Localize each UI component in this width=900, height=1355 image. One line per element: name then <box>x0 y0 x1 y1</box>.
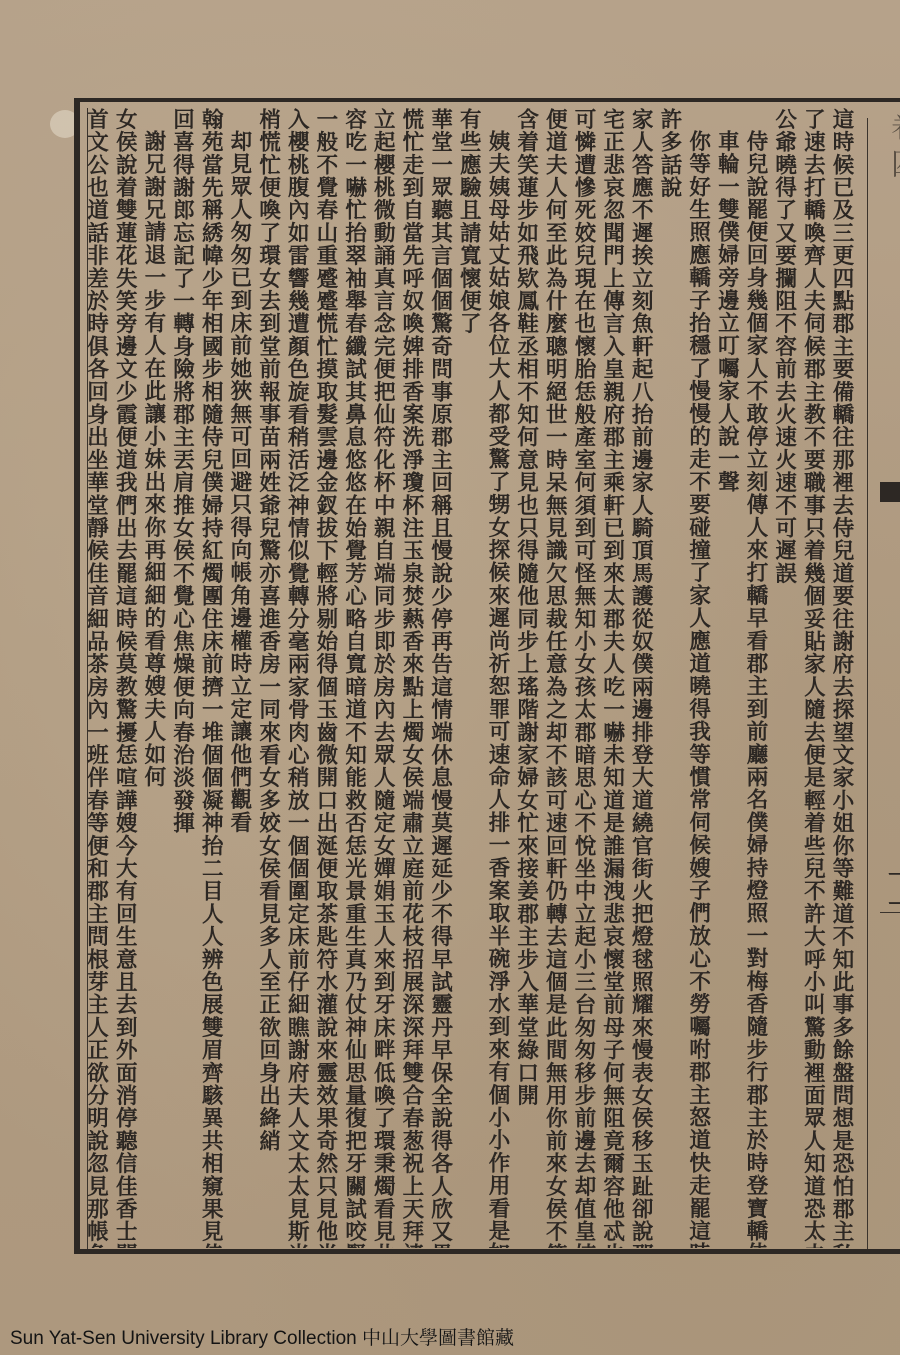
text-body: 這時候已及三更四點郡主要備轎往那裡去侍兒道要往謝府去探望文家小姐你等難道不知此事… <box>86 108 860 1248</box>
fish-tail-mark <box>880 482 900 502</box>
text-column: 有些應驗且請寬懷便了 <box>459 108 488 1248</box>
text-column: 華堂一眾聽其言個個驚奇問事原郡主回稱且慢說少停再告這情端休息慢莫遲延少不得早試靈… <box>430 108 459 1248</box>
text-column: 首文公也道話非差於時俱各回身出坐華堂靜候佳音細品茶房內一班伴春等便和郡主問根芽主… <box>86 108 115 1248</box>
scanned-page: 卷四 十一 這時候已及三更四點郡主要備轎往那裡去侍兒道要往謝府去探望文家小姐你等… <box>0 0 900 1355</box>
text-column: 宅正悲哀忽聞門上傳言入皇親府郡主乘軒已到來太郡夫人吃一嚇未知道是誰漏洩悲哀懷堂前… <box>602 108 631 1248</box>
banxin-divider <box>880 912 900 913</box>
text-column: 了速去打轎喚齊人夫伺候郡主教不要職事只着幾個妥貼家人隨去便是輕着些兒不許大呼小叫… <box>803 108 832 1248</box>
text-column: 公爺曉得了又要攔阻不容前去火速火速不可遲誤 <box>774 108 803 1248</box>
text-column: 車輪一雙僕婦旁邊立叮囑家人說一聲 <box>717 108 746 1248</box>
text-column: 却見眾人匆匆已到床前她狹無可回避只得向帳角邊權時立定讓他們觀看 <box>229 108 258 1248</box>
text-column: 容吃一嚇忙抬翠袖舉春纖試其鼻息悠悠在始覺芳心略自寬暗道不知能救否恁光景重生真乃仗… <box>344 108 373 1248</box>
text-column: 女侯說着雙蓮花失笑旁邊文少霞便道我們出去罷這時候莫教驚擾恁喧譁嫂今大有回生意且去… <box>115 108 144 1248</box>
text-column: 可憐遭慘死姣兒現在也懷胎恁般產室何須到可怪無知小女孩太郡暗思心不悅坐中立起小三台… <box>573 108 602 1248</box>
text-column: 立起櫻桃微動誦真言念完便把仙符化杯中親自端同步即於房內去眾人隨定女嬋娟玉人來到牙… <box>373 108 402 1248</box>
text-column: 含着笑蓮步如飛欵鳳鞋丞相不知何意見也只得隨他同步上瑤階謝家婦女忙來接姜郡主步入華… <box>516 108 545 1248</box>
text-column: 慌忙走到自當先呼奴喚婢排香案洗淨瓊杯注玉泉焚爇香來點上燭女侯端肅立庭前花枝招展深… <box>401 108 430 1248</box>
page-number: 十一 <box>880 862 900 918</box>
text-column: 一般不覺春山重蹙蹙慌忙摸取髮雲邊金釵拔下輕將剔始得個玉齒微開口出涎便取茶匙符水灌… <box>315 108 344 1248</box>
text-column: 入櫻桃腹內如雷響幾遭顏色旋看稍活泛神情似覺轉分毫兩家骨肉心稍放一個個圍定床前仔細… <box>287 108 316 1248</box>
text-column: 梢慌忙便喚了環女去到堂前報事苗兩姓爺兒驚亦喜進香房一同來看女多姣女侯看見多人至正… <box>258 108 287 1248</box>
text-column: 翰苑當先稱綉幃少年相國步相隨侍兒僕婦持紅燭團住床前擠一堆個個凝神抬二目人人辨色展… <box>201 108 230 1248</box>
banxin-column: 卷四 十一 <box>880 102 900 1249</box>
text-column: 侍兒說罷便回身幾個家人不敢停立刻傳人來打轎早看郡主到前廳兩名僕婦持燈照一對梅香隨… <box>745 108 774 1248</box>
text-column: 謝兄謝兄請退一步有人在此讓小妹出來你再細細的看尊嫂夫人如何 <box>143 108 172 1248</box>
banxin-title: 卷四 <box>880 112 900 184</box>
banxin-rule-line <box>867 118 868 1249</box>
text-column: 回喜得謝郎忘記了一轉身險將郡主丟肩推女侯不覺心焦燥便向春治淡發揮 <box>172 108 201 1248</box>
text-column: 便道夫人何至此為什麼聰明絕世一時呆無見識欠思裁任意為之却不該可速回軒仍轉去這個是… <box>545 108 574 1248</box>
text-column: 許多話說 <box>659 108 688 1248</box>
text-column: 家人答應不遲挨立刻魚軒起八抬前邊家人騎頂馬護從奴僕兩邊排登大道繞官街火把燈毬照耀… <box>631 108 660 1248</box>
text-column: 姨夫姨母姑丈姑娘各位大人都受驚了甥女探候來遲尚祈恕罪可速命人排一香案取半碗淨水到… <box>487 108 516 1248</box>
text-column: 這時候已及三更四點郡主要備轎往那裡去侍兒道要往謝府去探望文家小姐你等難道不知此事… <box>831 108 860 1248</box>
text-column: 你等好生照應轎子抬穩了慢慢的走不要碰撞了家人應道曉得我等慣常伺候嫂子們放心不勞囑… <box>688 108 717 1248</box>
collection-credit: Sun Yat-Sen University Library Collectio… <box>10 1323 514 1350</box>
